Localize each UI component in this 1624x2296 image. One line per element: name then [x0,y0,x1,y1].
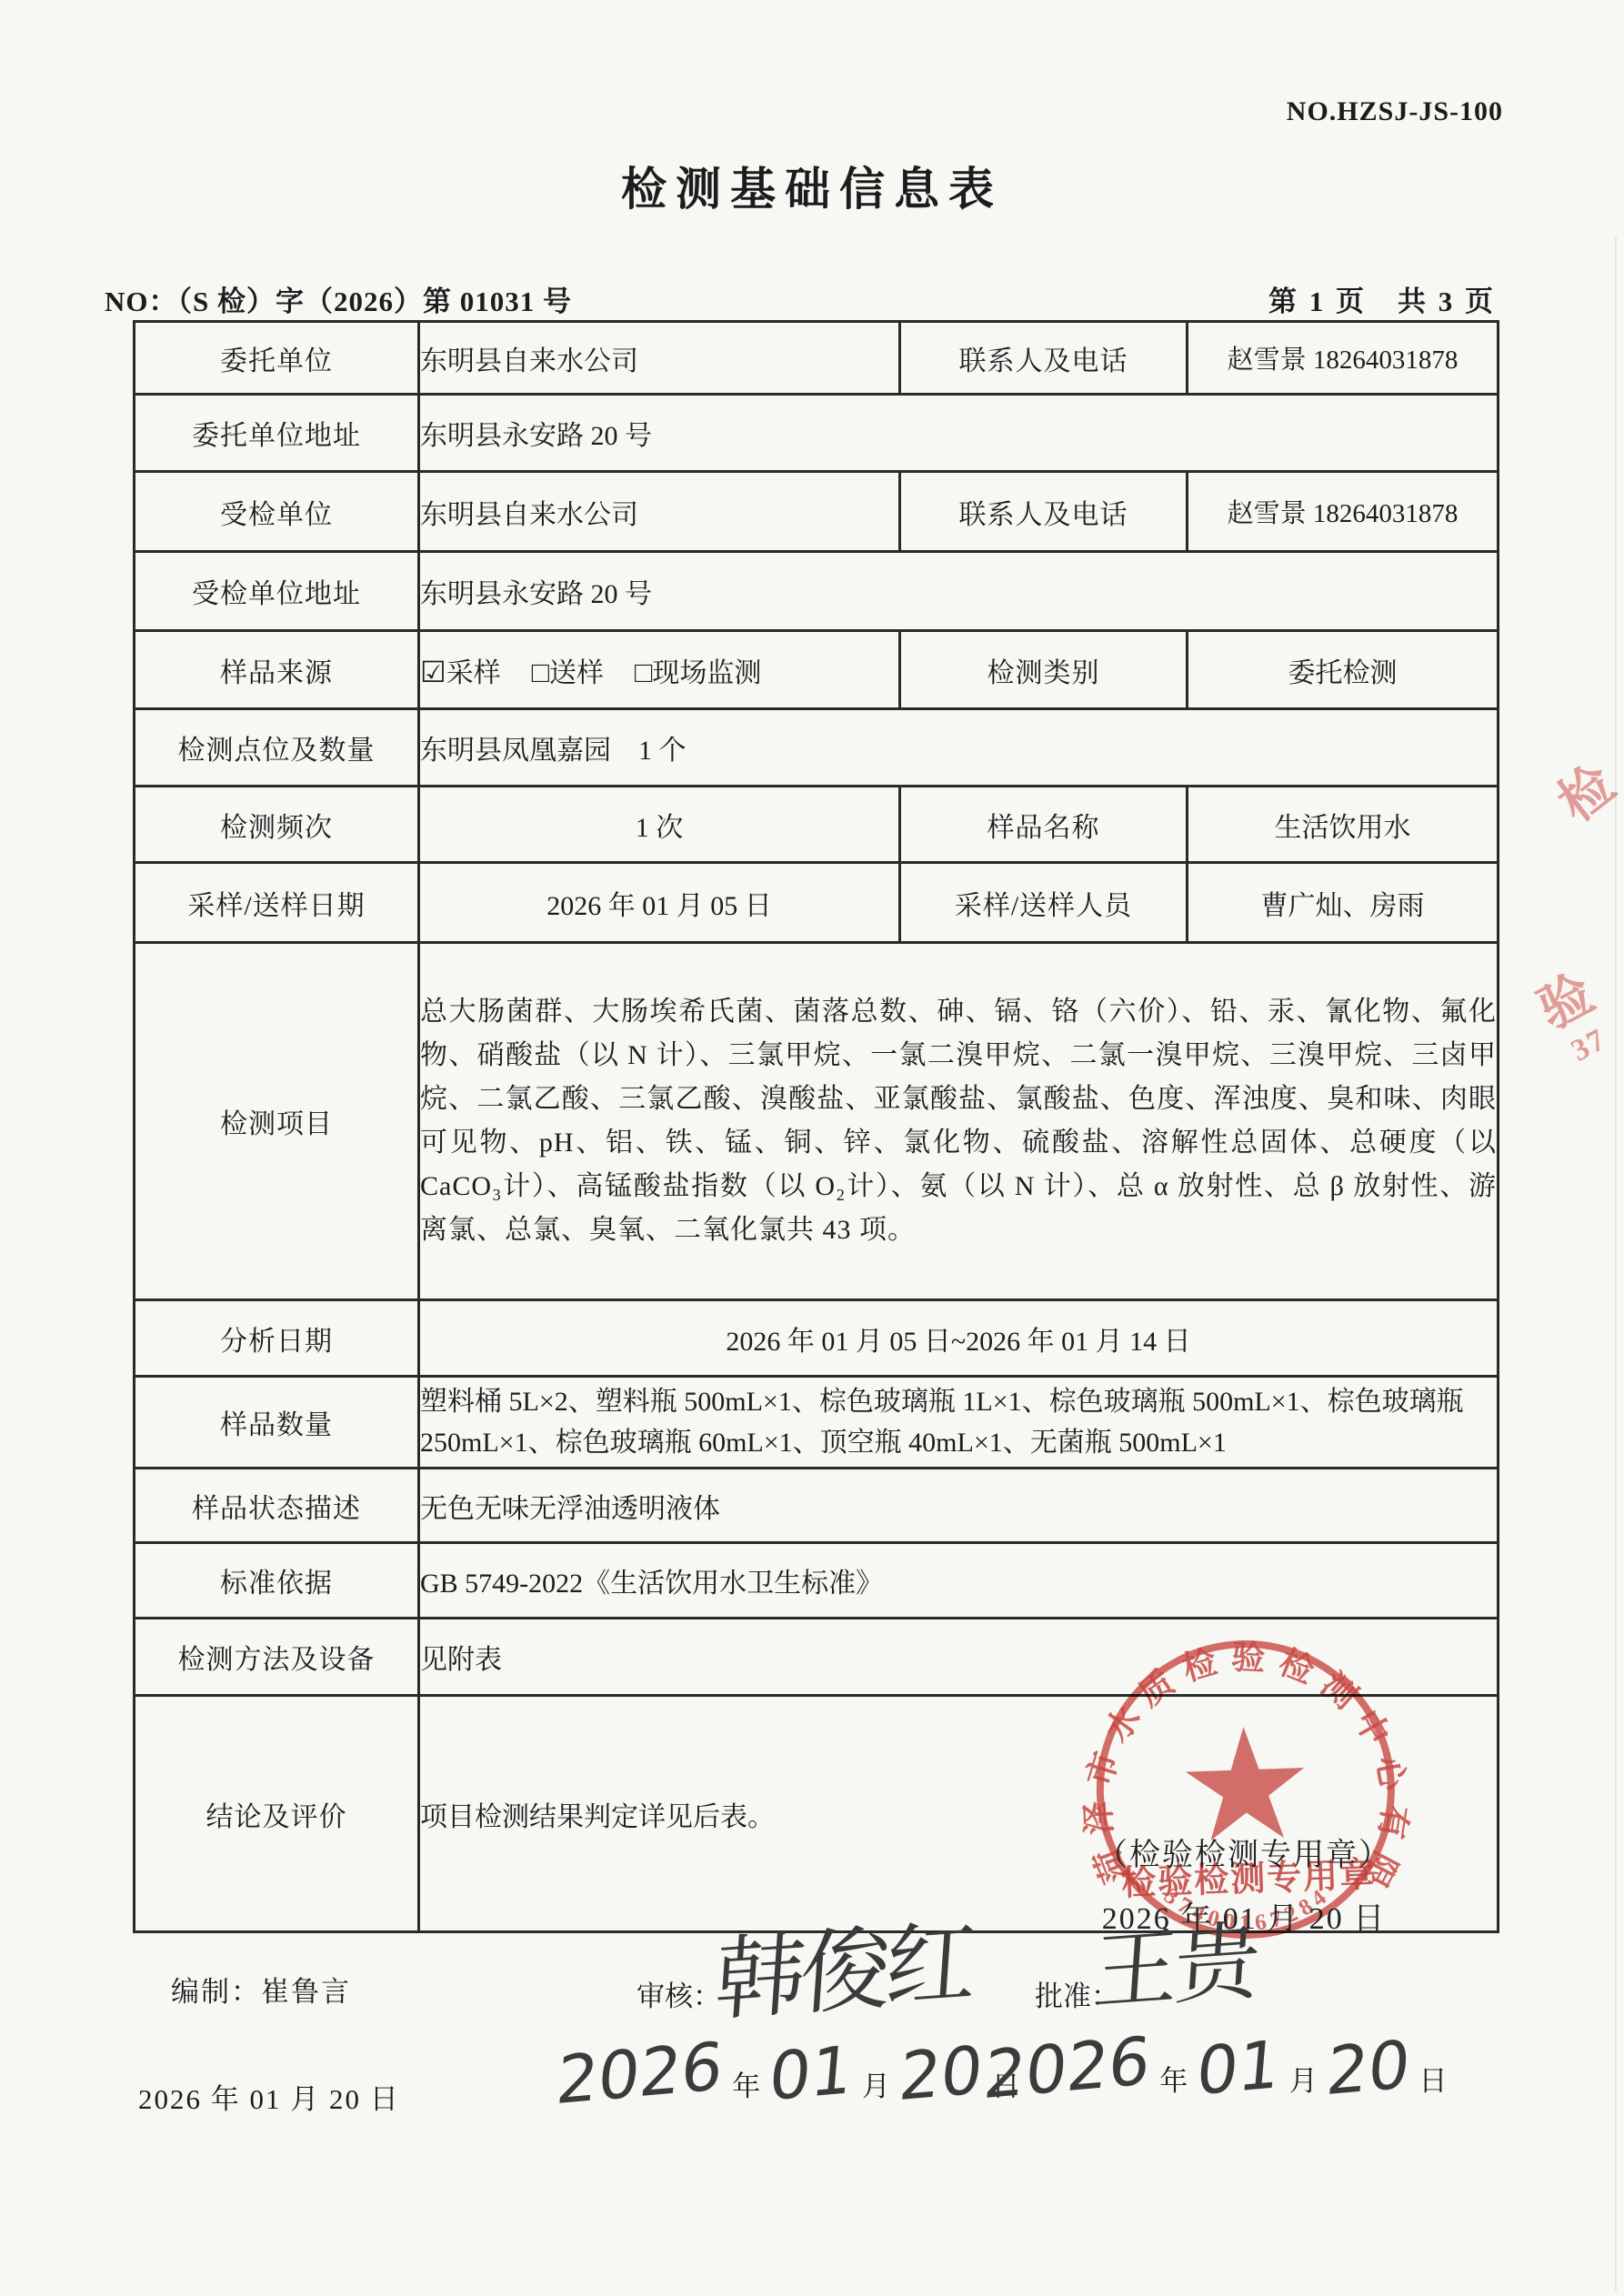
row-entrust-unit: 委托单位 东明县自来水公司 联系人及电话 赵雪景 18264031878 [135,322,1499,395]
row-inspected-address: 受检单位地址 东明县永安路 20 号 [135,552,1499,631]
conclusion-label: 结论及评价 [135,1696,419,1932]
row-standard: 标准依据 GB 5749-2022《生活饮用水卫生标准》 [135,1543,1499,1619]
sample-name-value: 生活饮用水 [1188,787,1499,863]
approve-date: 2026 年 01 月 20 日 [984,2030,1447,2106]
checkbox-sampling: ☑采样 [420,658,501,688]
approve-date-month: 01 [1194,2026,1284,2111]
test-items-value: 总大肠菌群、大肠埃希氏菌、菌落总数、砷、镉、铬（六价）、铅、汞、氰化物、氟化物、… [419,943,1499,1300]
sampling-date-label: 采样/送样日期 [135,863,419,943]
entrust-unit-value: 东明县自来水公司 [419,322,900,395]
row-test-items: 检测项目 总大肠菌群、大肠埃希氏菌、菌落总数、砷、镉、铬（六价）、铅、汞、氰化物… [135,943,1499,1300]
info-table: 委托单位 东明县自来水公司 联系人及电话 赵雪景 18264031878 委托单… [133,320,1499,1933]
prepared-by: 编制：崔鲁言 [171,1969,351,2010]
prepared-date: 2026 年 01 月 20 日 [138,2076,400,2117]
review-date-day: 20 [896,2031,986,2116]
sample-name-label: 样品名称 [900,787,1188,863]
page-title: 检测基础信息表 [0,153,1624,218]
review-label: 审核： [637,1973,721,2014]
seal-caption: （检验检测专用章） [1080,1830,1408,1874]
scan-edge-line [1615,236,1617,2291]
row-entrust-address: 委托单位地址 东明县永安路 20 号 [135,395,1499,472]
sample-quantity-label: 样品数量 [135,1377,419,1469]
sample-source-options: ☑采样□送样□现场监测 [419,631,900,709]
row-method: 检测方法及设备 见附表 [135,1619,1499,1696]
sampling-date-value: 2026 年 01 月 05 日 [419,863,900,943]
approve-signature: 王贵 [1089,1891,1261,2027]
entrust-address-value: 东明县永安路 20 号 [419,395,1499,472]
checkbox-onsite: □现场监测 [635,658,761,688]
analysis-date-label: 分析日期 [135,1300,419,1377]
row-sampling-date: 采样/送样日期 2026 年 01 月 05 日 采样/送样人员 曹广灿、房雨 [135,863,1499,943]
analysis-date-value: 2026 年 01 月 05 日~2026 年 01 月 14 日 [419,1300,1499,1377]
row-frequency: 检测频次 1 次 样品名称 生活饮用水 [135,787,1499,863]
inspected-address-label: 受检单位地址 [135,552,419,631]
frequency-value: 1 次 [419,787,900,863]
row-sample-state: 样品状态描述 无色无味无浮油透明液体 [135,1469,1499,1543]
scanned-form-page: NO.HZSJ-JS-100 检测基础信息表 NO：（S 检）字（2026）第 … [0,0,1624,2296]
sampler-value: 曹广灿、房雨 [1188,863,1499,943]
test-category-value: 委托检测 [1188,631,1499,709]
inspected-unit-value: 东明县自来水公司 [419,472,900,552]
frequency-label: 检测频次 [135,787,419,863]
test-points-value: 东明县凤凰嘉园 1 个 [419,709,1499,787]
page-count: 第 1 页 共 3 页 [1268,278,1496,319]
review-date-year: 2026 [554,2028,727,2120]
review-signature: 韩俊红 [711,1889,976,2039]
standard-label: 标准依据 [135,1543,419,1619]
method-label: 检测方法及设备 [135,1619,419,1696]
checkbox-checked-icon: ☑ [420,656,446,688]
document-number: NO.HZSJ-JS-100 [1287,96,1503,127]
approve-date-year: 2026 [981,2022,1154,2114]
checkbox-unchecked-icon: □ [635,656,652,688]
checkbox-unchecked-icon: □ [532,656,549,688]
edge-stamp-fragment-top: 检 [1551,758,1623,829]
sample-state-value: 无色无味无浮油透明液体 [419,1469,1499,1543]
inspected-address-value: 东明县永安路 20 号 [419,552,1499,631]
checkbox-delivery: □送样 [532,658,604,688]
sample-source-label: 样品来源 [135,631,419,709]
sampler-label: 采样/送样人员 [900,863,1188,943]
record-number-line: NO：（S 检）字（2026）第 01031 号 第 1 页 共 3 页 [105,278,1496,319]
row-inspected-unit: 受检单位 东明县自来水公司 联系人及电话 赵雪景 18264031878 [135,472,1499,552]
sample-state-label: 样品状态描述 [135,1469,419,1543]
review-date-month: 01 [767,2031,857,2116]
test-items-label: 检测项目 [135,943,419,1300]
standard-value: GB 5749-2022《生活饮用水卫生标准》 [419,1543,1499,1619]
row-analysis-date: 分析日期 2026 年 01 月 05 日~2026 年 01 月 14 日 [135,1300,1499,1377]
test-category-label: 检测类别 [900,631,1188,709]
method-value: 见附表 [419,1619,1499,1696]
row-sample-quantity: 样品数量 塑料桶 5L×2、塑料瓶 500mL×1、棕色玻璃瓶 1L×1、棕色玻… [135,1377,1499,1469]
row-sample-source: 样品来源 ☑采样□送样□现场监测 检测类别 委托检测 [135,631,1499,709]
test-points-label: 检测点位及数量 [135,709,419,787]
edge-stamp-fragment-bottom: 验 37 [1531,968,1624,1080]
row-test-points: 检测点位及数量 东明县凤凰嘉园 1 个 [135,709,1499,787]
approve-date-day: 20 [1323,2026,1413,2111]
inspected-contact-value: 赵雪景 18264031878 [1188,472,1499,552]
review-date: 2026 年 01 月 20 日 [556,2035,1019,2111]
inspected-contact-label: 联系人及电话 [900,472,1188,552]
entrust-address-label: 委托单位地址 [135,395,419,472]
sample-quantity-value: 塑料桶 5L×2、塑料瓶 500mL×1、棕色玻璃瓶 1L×1、棕色玻璃瓶 50… [419,1377,1499,1469]
entrust-contact-label: 联系人及电话 [900,322,1188,395]
entrust-unit-label: 委托单位 [135,322,419,395]
inspected-unit-label: 受检单位 [135,472,419,552]
entrust-contact-value: 赵雪景 18264031878 [1188,322,1499,395]
record-number: NO：（S 检）字（2026）第 01031 号 [105,278,572,319]
